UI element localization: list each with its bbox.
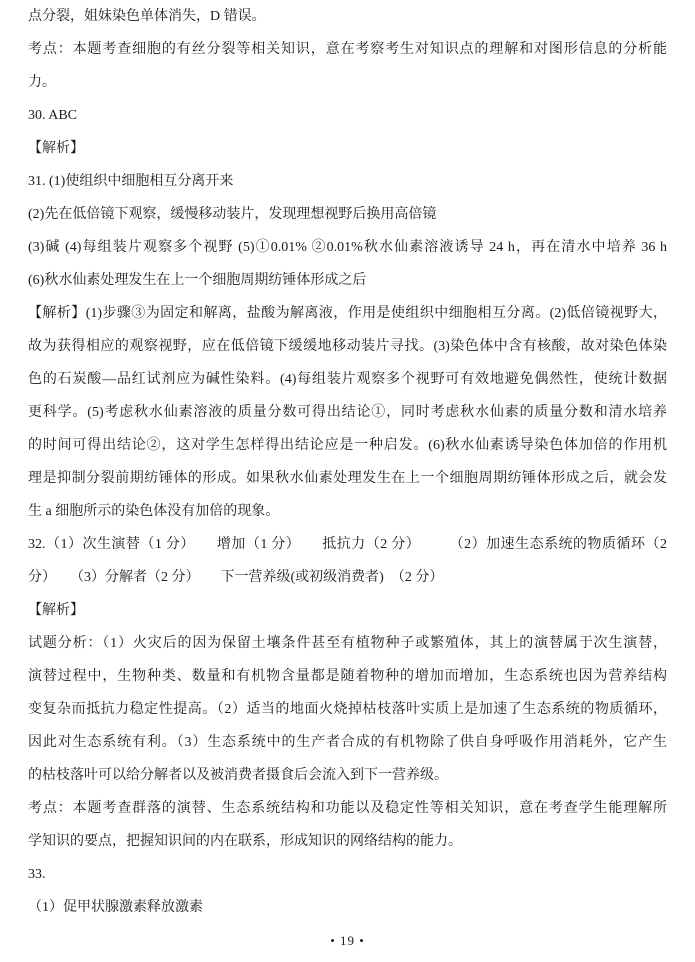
analysis-text-line: 试题分析：（1）火灾后的因为保留土壤条件甚至有植物种子或繁殖体，其上的演替属于次… (28, 627, 667, 660)
text-line: 考点：本题考查细胞的有丝分裂等相关知识，意在考察考生对知识点的理解和对图形信息的… (28, 33, 667, 66)
exam-point-line: 学知识的要点，把握知识间的内在联系，形成知识的网络结构的能力。 (28, 825, 667, 858)
document-page: 点分裂，姐妹染色单体消失，D 错误。 考点：本题考查细胞的有丝分裂等相关知识，意… (0, 0, 695, 962)
analysis-text-line: 更科学。(5)考虑秋水仙素溶液的质量分数可得出结论①，同时考虑秋水仙素的质量分数… (28, 396, 667, 429)
text-line: 点分裂，姐妹染色单体消失，D 错误。 (28, 0, 667, 33)
analysis-text-line: 理是抑制分裂前期纺锤体的形成。如果秋水仙素处理发生在上一个细胞周期纺锤体形成之后… (28, 462, 667, 495)
exam-point-line: 考点：本题考查群落的演替、生态系统结构和功能以及稳定性等相关知识，意在考查学生能… (28, 792, 667, 825)
section-q29-answer-tail: 点分裂，姐妹染色单体消失，D 错误。 考点：本题考查细胞的有丝分裂等相关知识，意… (28, 0, 667, 99)
answer-number-line: 32.（1）次生演替（1 分） 增加（1 分） 抵抗力（2 分） （2）加速生态… (28, 528, 667, 561)
text-line: （1）促甲状腺激素释放激素 (28, 891, 667, 924)
analysis-text-line: 故为获得相应的观察视野，应在低倍镜下缓缓地移动装片寻找。(3)染色体中含有核酸，… (28, 330, 667, 363)
analysis-text-line: 生 a 细胞所示的染色体没有加倍的现象。 (28, 495, 667, 528)
analysis-label-line: 【解析】 (28, 594, 667, 627)
answer-number-line: 31. (1)使组织中细胞相互分离开来 (28, 165, 667, 198)
text-line: (2)先在低倍镜下观察，缓慢移动装片，发现理想视野后换用高倍镜 (28, 198, 667, 231)
answer-number-line: 30. ABC (28, 99, 667, 132)
analysis-text-line: 色的石炭酸—品红试剂应为碱性染料。(4)每组装片观察多个视野可有效地避免偶然性，… (28, 363, 667, 396)
analysis-text-line: 演替过程中，生物种类、数量和有机物含量都是随着物种的增加而增加，生态系统也因为营… (28, 660, 667, 693)
answer-number-line: 33. (28, 858, 667, 891)
analysis-text-line: 变复杂而抵抗力稳定性提高。（2）适当的地面火烧掉枯枝落叶实质上是加速了生态系统的… (28, 693, 667, 726)
document-content: 点分裂，姐妹染色单体消失，D 错误。 考点：本题考查细胞的有丝分裂等相关知识，意… (28, 0, 667, 924)
section-q30-answer: 30. ABC 【解析】 (28, 99, 667, 165)
analysis-text-line: 的枯枝落叶可以给分解者以及被消费者摄食后会流入到下一营养级。 (28, 759, 667, 792)
analysis-label-line: 【解析】 (28, 132, 667, 165)
section-q31-answer: 31. (1)使组织中细胞相互分离开来 (2)先在低倍镜下观察，缓慢移动装片，发… (28, 165, 667, 528)
text-line: (3)碱 (4)每组装片观察多个视野 (5)①0.01% ②0.01%秋水仙素溶… (28, 231, 667, 264)
analysis-text-line: 的时间可得出结论②，这对学生怎样得出结论应是一种启发。(6)秋水仙素诱导染色体加… (28, 429, 667, 462)
section-q33-answer: 33. （1）促甲状腺激素释放激素 (28, 858, 667, 924)
text-line: 分） （3）分解者（2 分） 下一营养级(或初级消费者) （2 分） (28, 561, 667, 594)
analysis-text-line: 因此对生态系统有利。（3）生态系统中的生产者合成的有机物除了供自身呼吸作用消耗外… (28, 726, 667, 759)
page-number: • 19 • (0, 933, 695, 949)
section-q32-answer: 32.（1）次生演替（1 分） 增加（1 分） 抵抗力（2 分） （2）加速生态… (28, 528, 667, 858)
analysis-text-line: 【解析】(1)步骤③为固定和解离，盐酸为解离液，作用是使组织中细胞相互分离。(2… (28, 297, 667, 330)
text-line: 力。 (28, 66, 667, 99)
text-line: (6)秋水仙素处理发生在上一个细胞周期纺锤体形成之后 (28, 264, 667, 297)
